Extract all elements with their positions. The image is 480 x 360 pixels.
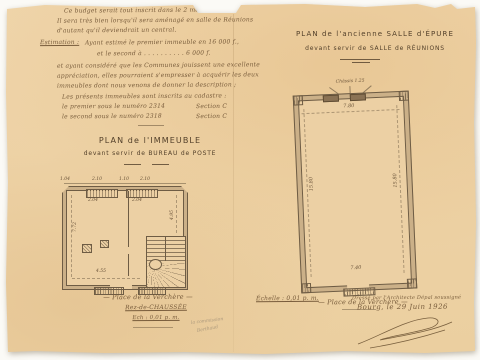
cadastre-entry: le premier sous le numéro 2314 [62,103,165,111]
corner-pier [301,283,311,293]
stair-newel [149,259,162,270]
handwritten-line: immeubles dont nous venons de donner la … [57,81,236,89]
left-floor-label: Rez-de-CHAUSSÉE [111,304,201,312]
partition-wall [128,254,129,276]
left-place-label: — Place de la Verchère — [83,293,213,302]
scale-underline [133,327,173,328]
window-chassis: Châssis fixe [126,189,158,198]
scanned-document: Ce budget serait tout inscrit dans le 2 … [0,0,480,360]
dimension-label: 7.72 [73,222,78,232]
window-chassis [323,95,339,103]
left-plan-drawing: 1.04 2.10 1.10 2.10 Châssis fixe Châssis… [62,186,188,290]
right-plan-title: PLAN de l'ancienne SALLE d'ÉPURE [283,30,467,38]
right-plan-subtitle: devant servir de SALLE de RÉUNIONS [283,45,467,52]
paper-sheet: Ce budget serait tout inscrit dans le 2 … [5,2,477,355]
handwritten-line: Ce budget serait tout inscrit dans le 2 … [64,6,236,14]
corner-pier [399,91,409,101]
cadastre-section: Section C [196,103,227,110]
dashed-guide [72,278,140,279]
stove-symbol [100,240,109,248]
dimension-label: 7.80 [343,103,354,109]
dashed-guide [71,195,72,277]
title-rule [352,62,370,63]
cadastre-entry: le second sous le numéro 2318 [62,113,162,121]
inner-wall [298,96,412,288]
stove-symbol [82,244,92,253]
estimation-label: Estimation : [40,39,79,46]
handwritten-line: Il sera très bien lorsqu'il sera aménagé… [57,16,253,24]
dimension-label: 2.10 [92,177,102,182]
divider-stroke [138,125,164,126]
dimension-line [64,183,186,184]
title-rule [152,164,169,165]
left-scale-label: Ech : 0,01 p. m. [121,315,191,321]
signature [350,310,462,354]
corner-pier [293,95,303,105]
dimension-label: 15.80 [392,173,399,188]
handwritten-line: Ayant estimé le premier immeuble en 16 0… [85,38,239,46]
chassis-annotation: Châssis 1.25 [322,78,378,85]
dimension-label: 2.10 [140,177,150,182]
window-chassis [350,93,366,101]
footer-scale-label: Échelle : 0,01 p. m. [256,295,319,302]
window-chassis: Châssis fixe [86,189,118,198]
stair-rail [165,237,166,261]
pencil-note: Berthaud [197,325,219,334]
staircase [146,236,186,288]
title-rule [340,59,380,60]
corner-pier [407,278,417,288]
cadastre-section: Section C [196,113,227,120]
footer-credit: Dressé par l'Architecte Dépal soussigné [352,295,461,302]
dimension-label: 2.04 [132,198,142,203]
pencil-note: la commission [191,317,224,326]
dimension-label: 1.10 [119,177,129,182]
dimension-label: 2.04 [88,198,98,203]
handwritten-line: Les présents immeubles sont inscrits au … [62,92,227,100]
dashed-guide [176,195,177,233]
left-plan-title: PLAN de l'IMMEUBLE [65,136,235,145]
left-plan-subtitle: devant servir de BUREAU de POSTE [65,150,235,157]
handwritten-line: et ayant considéré que les Communes joui… [57,61,260,69]
right-plan-drawing: Châssis 1.25 7.80 15.80 15.80 7.40 [293,91,418,294]
handwritten-line: d'autant qu'il deviendrait un central. [57,27,177,35]
dimension-label: 7.40 [350,265,361,271]
handwritten-line: appréciation, elles pourraient s'empress… [57,71,259,79]
dimension-label: 4.95 [170,210,175,220]
title-rule [124,164,141,165]
dimension-label: 15.80 [308,177,315,192]
partition-wall [128,191,129,247]
handwritten-line: et le second à . . . . . . . . . . 6 000… [97,50,211,58]
dimension-label: 1.04 [60,177,70,182]
dimension-label: 4.55 [96,269,106,274]
